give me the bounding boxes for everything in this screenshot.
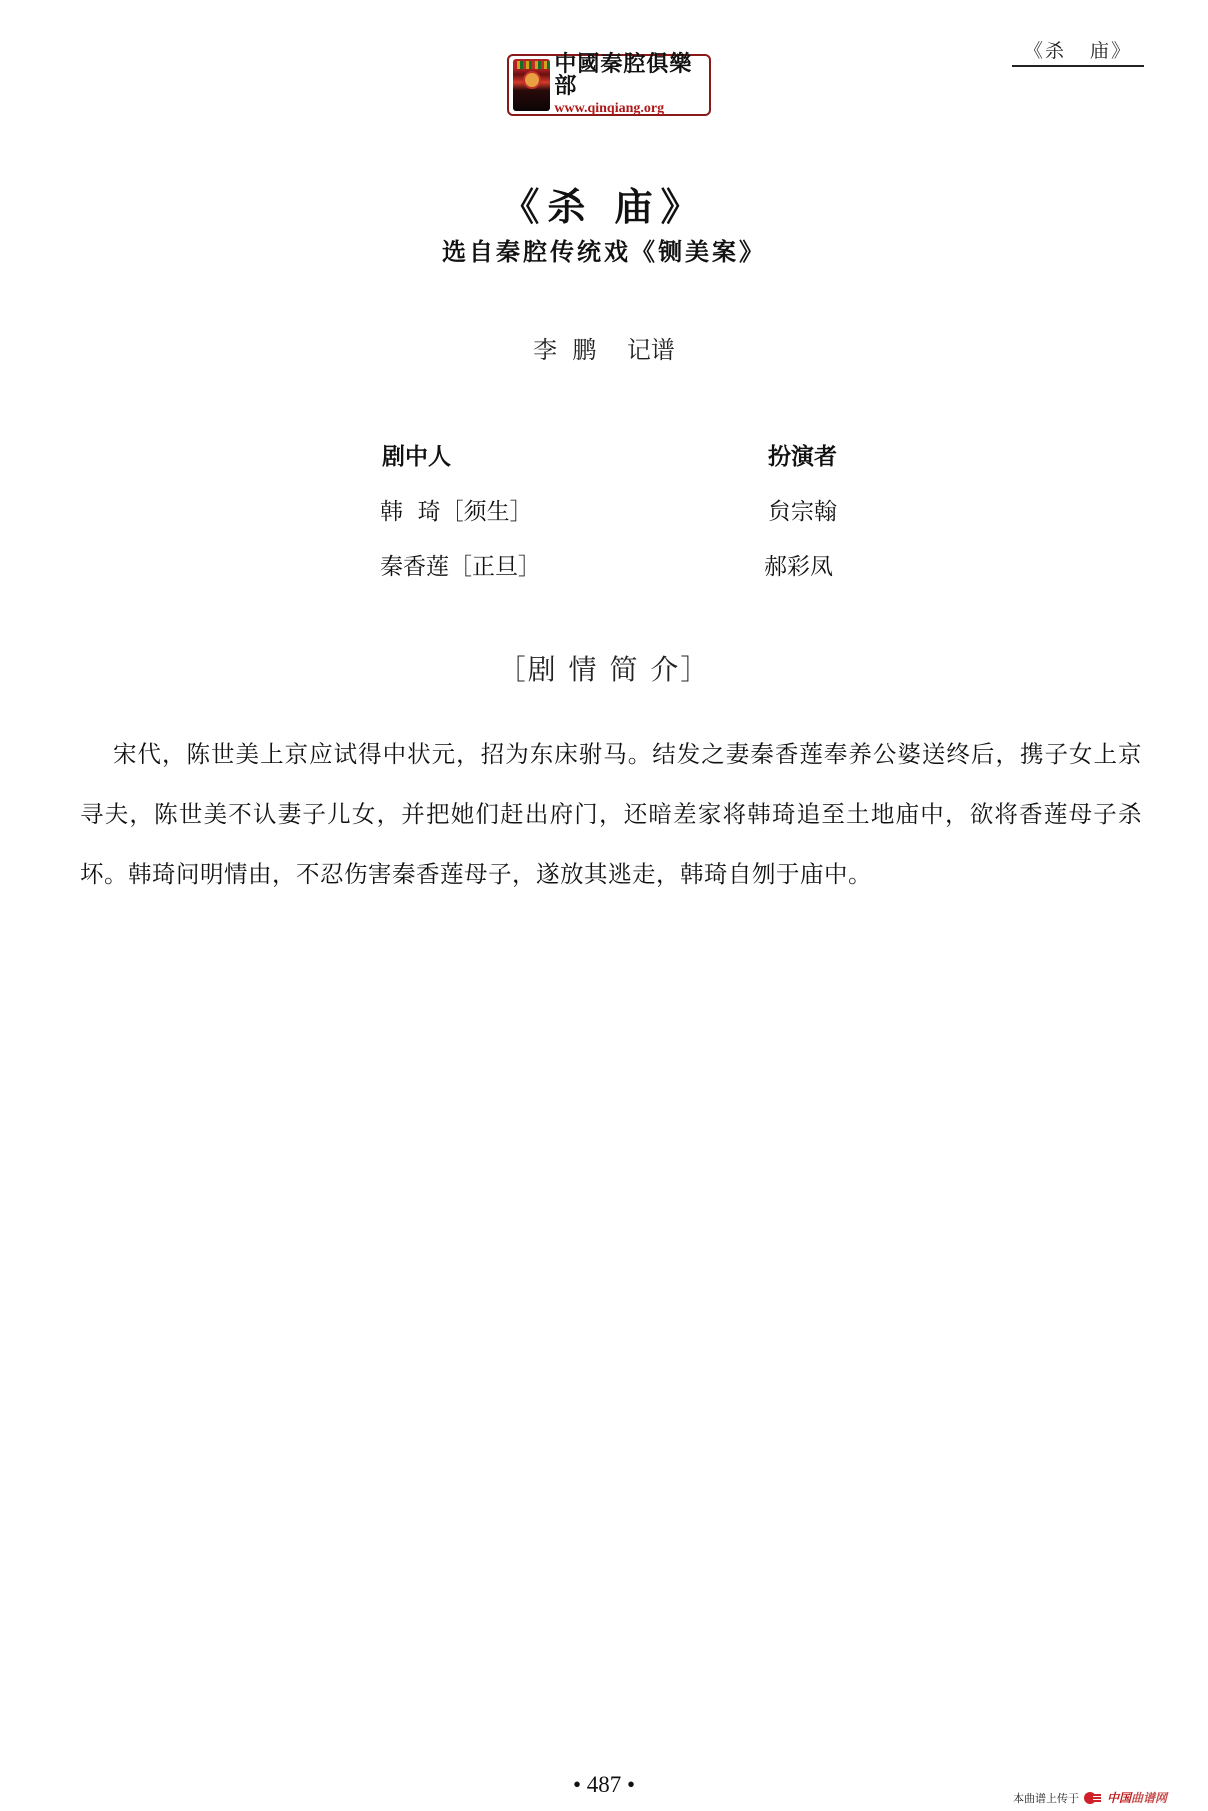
upload-credit[interactable]: 本曲谱上传于 中国曲谱网 xyxy=(1013,1789,1167,1806)
qinqiang-club-logo[interactable]: 中國秦腔俱樂部 www.qinqiang.org xyxy=(507,54,711,116)
opera-figure-icon xyxy=(513,59,550,111)
synopsis-text: 宋代，陈世美上京应试得中状元，招为东床驸马。结发之妻秦香莲奉养公婆送终后，携子女… xyxy=(80,724,1142,904)
cast-header-performer: 扮演者 xyxy=(768,438,837,471)
logo-url[interactable]: www.qinqiang.org xyxy=(554,102,705,116)
cast-role: 韩 琦［须生］ xyxy=(380,493,533,526)
logo-text: 中國秦腔俱樂部 www.qinqiang.org xyxy=(554,54,705,116)
page-subtitle: 选自秦腔传统戏《铡美案》 xyxy=(0,232,1208,267)
qupu-logo-icon xyxy=(1084,1792,1102,1804)
logo-name: 中國秦腔俱樂部 xyxy=(554,54,705,98)
upload-credit-site[interactable]: 中国曲谱网 xyxy=(1107,1789,1167,1806)
cast-role: 秦香莲［正旦］ xyxy=(380,548,541,581)
upload-credit-prefix: 本曲谱上传于 xyxy=(1013,1790,1079,1806)
cast-performer: 郝彩凤 xyxy=(764,548,833,581)
cast-header-role: 剧中人 xyxy=(382,438,451,471)
page-title: 《杀 庙》 xyxy=(0,176,1208,231)
synopsis-heading: ［剧 情 简 介］ xyxy=(0,648,1208,688)
running-header: 《杀 庙》 xyxy=(1012,36,1144,67)
recorder-credit: 李 鹏 记谱 xyxy=(0,330,1208,365)
cast-performer: 贠宗翰 xyxy=(768,493,837,526)
